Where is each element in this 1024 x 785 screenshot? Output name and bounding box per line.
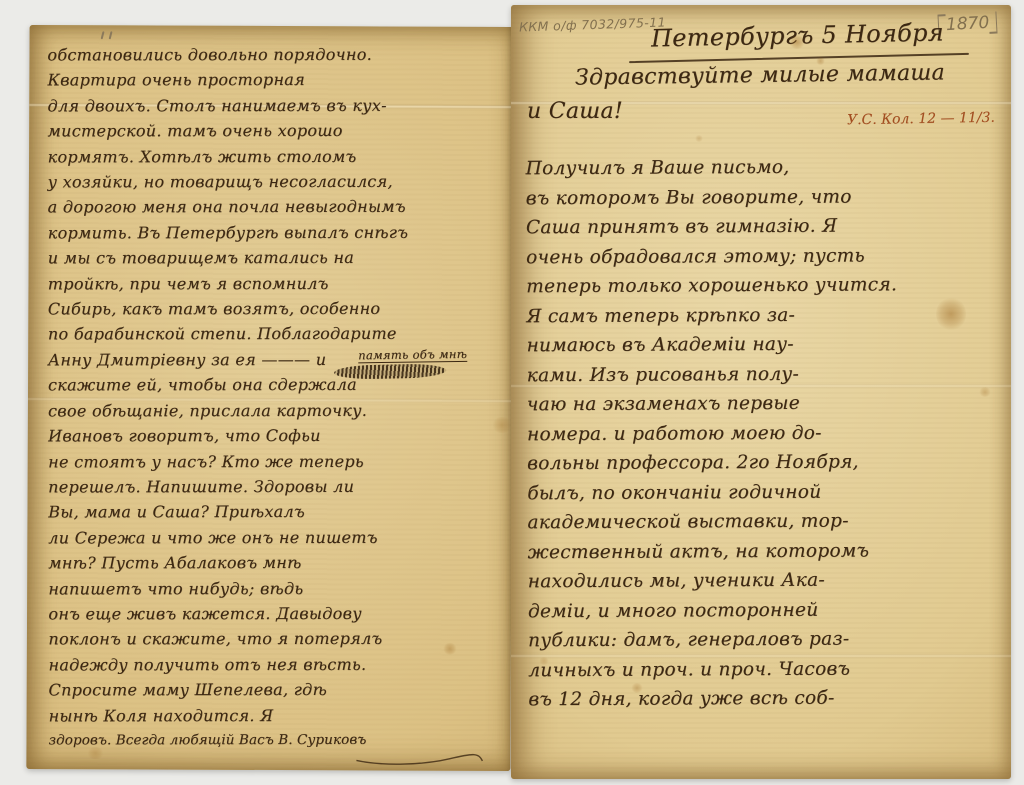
handwritten-line: нынѣ Коля находится. Я	[49, 702, 509, 728]
handwritten-line: Ивановъ говоритъ, что Софьи	[48, 423, 508, 449]
handwritten-line: тройкѣ, при чемъ я вспомнилъ	[48, 270, 508, 296]
handwritten-line: Получилъ я Ваше письмо,	[526, 152, 1008, 184]
handwritten-line: Квартира очень просторная	[47, 67, 507, 93]
handwritten-line: и мы съ товарищемъ катались на	[48, 245, 508, 271]
handwritten-line: вольны профессора. 2го Ноября,	[527, 447, 1009, 479]
handwritten-line: въ которомъ Вы говорите, что	[526, 181, 1008, 213]
handwritten-line: теперь только хорошенько учится.	[526, 270, 1008, 302]
handwritten-line: скажите ей, чтобы она сдержала	[48, 372, 508, 398]
handwritten-line: кормить. Въ Петербургѣ выпалъ снѣгъ	[48, 219, 508, 245]
handwritten-line: свое обѣщаніе, прислала карточку.	[48, 397, 508, 423]
handwritten-line: мнѣ? Пусть Абалаковъ мнѣ	[48, 550, 508, 576]
handwritten-line: по барабинской степи. Поблагодарите	[48, 321, 508, 347]
handwritten-line: Вы, мама и Саша? Приѣхалъ	[48, 499, 508, 525]
handwritten-line: жественный актъ, на которомъ	[528, 535, 1010, 567]
archive-number-annotation: ККМ о/ф 7032/975-11	[519, 14, 666, 34]
greeting-line: и Саша!	[527, 99, 623, 124]
handwritten-line: Я самъ теперь крѣпко за-	[526, 299, 1008, 331]
handwritten-line: поклонъ и скажите, что я потерялъ	[48, 626, 508, 652]
collection-mark-annotation: У.С. Кол. 12 — 11/3.	[847, 110, 995, 129]
handwritten-line: личныхъ и проч. и проч. Часовъ	[528, 653, 1010, 685]
handwritten-line: номера. и работою моею до-	[527, 417, 1009, 449]
handwritten-line: находились мы, ученики Ака-	[528, 565, 1010, 597]
greeting-line: Здравствуйте милые мамаша	[575, 60, 945, 90]
handwritten-line: перешелъ. Напишите. Здоровы ли	[48, 474, 508, 500]
handwritten-line: напишетъ что нибудь; вѣдь	[48, 575, 508, 601]
paper-stain	[695, 135, 703, 142]
handwritten-line: Сибирь, какъ тамъ возятъ, особенно	[48, 296, 508, 322]
handwritten-line: мистерской. тамъ очень хорошо	[48, 118, 508, 144]
handwritten-line: онъ еще живъ кажется. Давыдову	[48, 601, 508, 627]
handwritten-line: у хозяйки, но товарищъ несогласился,	[48, 169, 508, 195]
handwritten-line: ками. Изъ рисованья полу-	[527, 358, 1009, 390]
letter-body-left: обстановились довольно порядочно.Квартир…	[47, 42, 508, 754]
handwritten-line: надежду получить отъ нея вѣсть.	[48, 651, 508, 677]
handwritten-line: не стоятъ у насъ? Кто же теперь	[48, 448, 508, 474]
handwritten-line: для двоихъ. Столъ нанимаемъ въ кух-	[47, 92, 507, 118]
handwritten-line: чаю на экзаменахъ первые	[527, 388, 1009, 420]
pencil-tick-marks	[102, 31, 116, 40]
letter-page-left: обстановились довольно порядочно.Квартир…	[26, 25, 513, 771]
signature-flourish	[354, 750, 484, 767]
handwritten-line: кормятъ. Хотѣлъ жить столомъ	[48, 143, 508, 169]
handwritten-line: Спросите маму Шепелева, гдѣ	[48, 677, 508, 703]
handwritten-line: Саша принятъ въ гимназію. Я	[526, 211, 1008, 243]
interlinear-correction: память объ мнѣ	[358, 347, 467, 363]
handwritten-line: публики: дамъ, генераловъ раз-	[528, 624, 1010, 656]
handwritten-line: а дорогою меня она почла невыгоднымъ	[48, 194, 508, 220]
handwritten-line: обстановились довольно порядочно.	[47, 42, 507, 68]
handwritten-line: очень обрадовался этому; пусть	[526, 240, 1008, 272]
handwritten-line: ли Сережа и что же онъ не пишетъ	[48, 524, 508, 550]
letter-scan: обстановились довольно порядочно.Квартир…	[0, 0, 1024, 785]
handwritten-line: нимаюсь въ Академіи нау-	[526, 329, 1008, 361]
handwritten-line: въ 12 дня, когда уже всѣ соб-	[528, 683, 1010, 715]
handwritten-line: деміи, и много посторонней	[528, 594, 1010, 626]
handwritten-line: академической выставки, тор-	[527, 506, 1009, 538]
letter-page-right: ККМ о/ф 7032/975-11 1870 Петербургъ 5 Но…	[511, 5, 1011, 779]
letter-body-right: Получилъ я Ваше письмо,въ которомъ Вы го…	[526, 152, 1011, 715]
letter-heading-place-date: Петербургъ 5 Ноября	[651, 17, 992, 52]
handwritten-line: былъ, по окончаніи годичной	[527, 476, 1009, 508]
